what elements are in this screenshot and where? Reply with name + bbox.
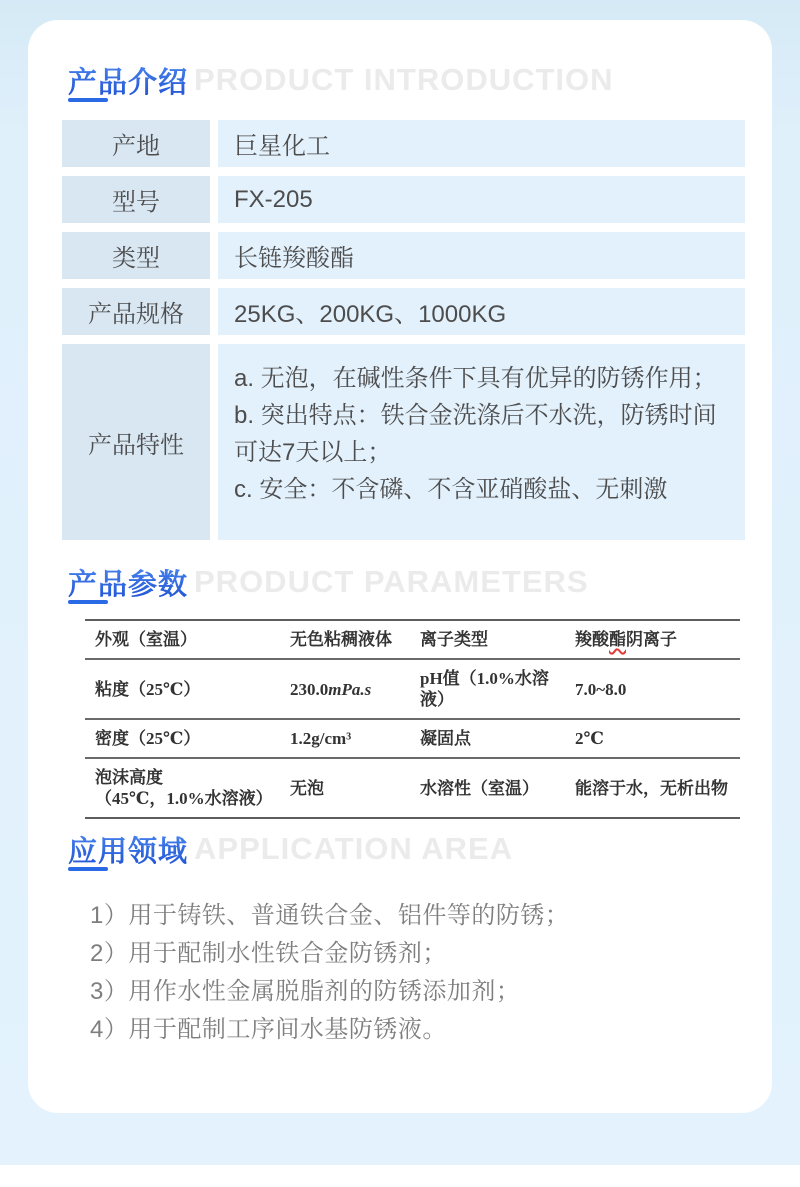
feature-line-c: c. 安全：不含磷、不含亚硝酸盐、无刺激 <box>234 471 729 508</box>
intro-watermark-text: PRODUCT INTRODUCTION <box>194 62 614 98</box>
params-row-viscosity: 粘度（25℃） 230.0mPa.s pH值（1.0%水溶液） 7.0~8.0 <box>85 660 740 720</box>
params-row-appearance: 外观（室温） 无色粘稠液体 离子类型 羧酸酯阴离子 <box>85 621 740 660</box>
product-parameters-table: 外观（室温） 无色粘稠液体 离子类型 羧酸酯阴离子 粘度（25℃） 230.0m… <box>85 619 740 819</box>
ion-type-value-pre: 羧酸 <box>575 630 609 649</box>
features-value: a. 无泡，在碱性条件下具有优异的防锈作用； b. 突出特点：铁合金洗涤后不水洗… <box>218 344 745 540</box>
ph-value: 7.0~8.0 <box>565 671 740 708</box>
feature-line-b: b. 突出特点：铁合金洗涤后不水洗，防锈时间可达7天以上； <box>234 397 729 471</box>
section-header-introduction: PRODUCT INTRODUCTION 产品介绍 <box>62 60 738 104</box>
section-header-application: APPLICATION AREA 应用领域 <box>62 829 738 873</box>
model-label: 型号 <box>62 176 210 223</box>
params-watermark-text: PRODUCT PARAMETERS <box>194 564 589 600</box>
ion-type-value-post: 阴离子 <box>626 630 677 649</box>
application-section-title: 应用领域 <box>68 829 188 870</box>
origin-label: 产地 <box>62 120 210 167</box>
params-row-foam: 泡沫高度 （45℃，1.0%水溶液） 无泡 水溶性（室温） 能溶于水，无析出物 <box>85 759 740 817</box>
application-item-2: 2）用于配制水性铁合金防锈剂； <box>90 935 738 973</box>
application-item-3: 3）用作水性金属脱脂剂的防锈添加剂； <box>90 973 738 1011</box>
type-value: 长链羧酸酯 <box>218 232 745 279</box>
spec-label: 产品规格 <box>62 288 210 335</box>
viscosity-value: 230.0mPa.s <box>280 671 410 708</box>
intro-title-underline <box>68 98 108 102</box>
model-value: FX-205 <box>218 176 745 223</box>
intro-section-title: 产品介绍 <box>68 60 188 101</box>
freezing-point-value: 2℃ <box>565 720 740 757</box>
origin-value: 巨星化工 <box>218 120 745 167</box>
table-row-spec: 产品规格 25KG、200KG、1000KG <box>62 288 745 335</box>
density-value: 1.2g/cm³ <box>280 720 410 757</box>
foam-height-label-line2: （45℃，1.0%水溶液） <box>95 788 270 809</box>
table-row-model: 型号 FX-205 <box>62 176 745 223</box>
params-row-density: 密度（25℃） 1.2g/cm³ 凝固点 2℃ <box>85 720 740 759</box>
product-detail-card: PRODUCT INTRODUCTION 产品介绍 产地 巨星化工 型号 FX-… <box>28 20 772 1113</box>
application-title-underline <box>68 867 108 871</box>
foam-height-label: 泡沫高度 （45℃，1.0%水溶液） <box>85 759 280 817</box>
appearance-value: 无色粘稠液体 <box>280 621 410 658</box>
table-row-features: 产品特性 a. 无泡，在碱性条件下具有优异的防锈作用； b. 突出特点：铁合金洗… <box>62 344 745 540</box>
application-list: 1）用于铸铁、普通铁合金、铝件等的防锈； 2）用于配制水性铁合金防锈剂； 3）用… <box>90 897 738 1049</box>
params-section-title: 产品参数 <box>68 562 188 603</box>
ion-type-value-spellcheck: 酯 <box>609 630 626 649</box>
density-label: 密度（25℃） <box>85 720 280 757</box>
freezing-point-label: 凝固点 <box>410 720 565 757</box>
params-title-underline <box>68 600 108 604</box>
solubility-label: 水溶性（室温） <box>410 770 565 807</box>
application-item-1: 1）用于铸铁、普通铁合金、铝件等的防锈； <box>90 897 738 935</box>
features-label: 产品特性 <box>62 344 210 540</box>
viscosity-number: 230.0 <box>290 680 328 699</box>
ph-label: pH值（1.0%水溶液） <box>410 660 565 718</box>
application-watermark-text: APPLICATION AREA <box>194 831 513 867</box>
solubility-value: 能溶于水，无析出物 <box>565 770 740 807</box>
product-info-table: 产地 巨星化工 型号 FX-205 类型 长链羧酸酯 产品规格 25KG、200… <box>62 120 745 540</box>
section-header-parameters: PRODUCT PARAMETERS 产品参数 <box>62 562 738 606</box>
appearance-label: 外观（室温） <box>85 621 280 658</box>
viscosity-unit: mPa.s <box>328 680 371 699</box>
feature-line-a: a. 无泡，在碱性条件下具有优异的防锈作用； <box>234 360 729 397</box>
table-row-type: 类型 长链羧酸酯 <box>62 232 745 279</box>
foam-height-label-line1: 泡沫高度 <box>95 767 270 788</box>
foam-height-value: 无泡 <box>280 770 410 807</box>
table-row-origin: 产地 巨星化工 <box>62 120 745 167</box>
ion-type-value: 羧酸酯阴离子 <box>565 621 740 658</box>
viscosity-label: 粘度（25℃） <box>85 671 280 708</box>
type-label: 类型 <box>62 232 210 279</box>
ion-type-label: 离子类型 <box>410 621 565 658</box>
spec-value: 25KG、200KG、1000KG <box>218 288 745 335</box>
application-item-4: 4）用于配制工序间水基防锈液。 <box>90 1011 738 1049</box>
